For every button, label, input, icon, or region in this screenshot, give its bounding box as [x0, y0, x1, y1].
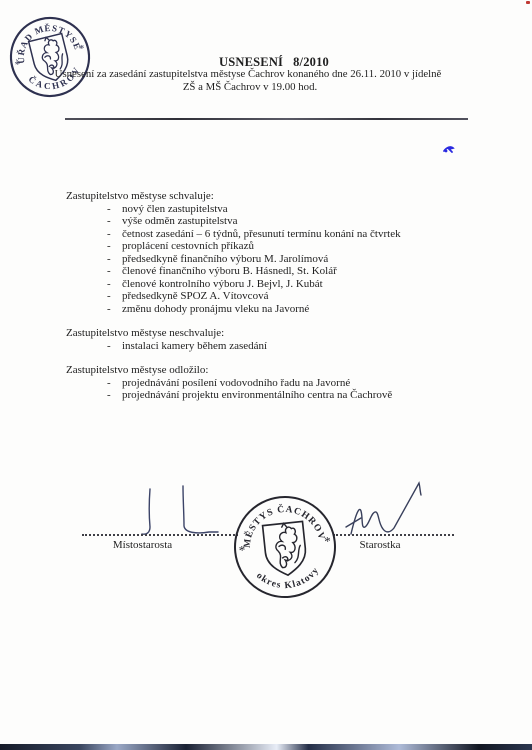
list-dash: - — [107, 389, 122, 402]
list-item-text: proplácení cestovních příkazů — [122, 240, 254, 253]
section-heading: Zastupitelstvo městyse schvaluje: — [66, 190, 506, 203]
list-item-text: projednávání posílení vodovodního řadu n… — [122, 377, 350, 390]
list-item-text: změnu dohody pronájmu vleku na Javorné — [122, 303, 309, 316]
list-item: - četnost zasedání – 6 týdnů, přesunutí … — [66, 228, 506, 241]
list-item: - projednávání posílení vodovodního řadu… — [66, 377, 506, 390]
section-postponed: Zastupitelstvo městyse odložilo: - proje… — [66, 364, 506, 402]
section-approves: Zastupitelstvo městyse schvaluje: - nový… — [66, 190, 506, 315]
list-item: - nový člen zastupitelstva — [66, 203, 506, 216]
list-item: - předsedkyně SPOZ A. Vítovcová — [66, 290, 506, 303]
list-item-text: četnost zasedání – 6 týdnů, přesunutí te… — [122, 228, 401, 241]
list-item: - předsedkyně finančního výboru M. Jarol… — [66, 253, 506, 266]
list-dash: - — [107, 377, 122, 390]
list-item: - členové finančního výboru B. Hásnedl, … — [66, 265, 506, 278]
list-dash: - — [107, 290, 122, 303]
list-item-text: instalaci kamery během zasedání — [122, 340, 267, 353]
municipal-seal-icon: MĚSTYS ČACHROV okres Klatovy * * — [230, 492, 340, 602]
list-dash: - — [107, 303, 122, 316]
seal-arc-bottom-text: okres Klatovy — [254, 565, 324, 595]
scan-edge-artifact — [0, 744, 532, 750]
list-dash: - — [107, 203, 122, 216]
list-dash: - — [107, 215, 122, 228]
scan-speck-artifact — [526, 1, 530, 4]
section-disapproves: Zastupitelstvo městyse neschvaluje: - in… — [66, 327, 506, 352]
list-dash: - — [107, 240, 122, 253]
section-heading: Zastupitelstvo městyse neschvaluje: — [66, 327, 506, 340]
list-item: - projednávání projektu environmentálníh… — [66, 389, 506, 402]
vice-mayor-label: Místostarosta — [85, 539, 200, 551]
seal-star-right: * — [324, 533, 332, 549]
document-subtitle-line1: Usnesení za zasedání zastupitelstva měst… — [0, 68, 496, 80]
vice-mayor-signature-line — [82, 534, 238, 536]
list-item-text: projednávání projektu environmentálního … — [122, 389, 392, 402]
list-item-text: členové finančního výboru B. Hásnedl, St… — [122, 265, 337, 278]
list-dash: - — [107, 265, 122, 278]
scanned-document-page: ÚŘAD MĚSTYSE ČACHROV * * USNESENÍ 8/2010… — [0, 0, 532, 750]
header-divider-line — [65, 118, 468, 120]
list-item: - instalaci kamery během zasedání — [66, 340, 506, 353]
blue-pen-mark-icon — [440, 140, 460, 160]
svg-text:okres Klatovy: okres Klatovy — [254, 565, 324, 595]
list-item: - proplácení cestovních příkazů — [66, 240, 506, 253]
document-subtitle-line2: ZŠ a MŠ Čachrov v 19.00 hod. — [0, 81, 500, 93]
list-dash: - — [107, 340, 122, 353]
stamp-star-right: * — [78, 43, 86, 56]
list-item-text: nový člen zastupitelstva — [122, 203, 228, 216]
list-item: - členové kontrolního výboru J. Bejvl, J… — [66, 278, 506, 291]
mayor-signature-line — [333, 534, 454, 536]
lion-shield-emblem — [263, 521, 308, 577]
list-item: - výše odměn zastupitelstva — [66, 215, 506, 228]
list-item-text: členové kontrolního výboru J. Bejvl, J. … — [122, 278, 323, 291]
list-item-text: výše odměn zastupitelstva — [122, 215, 237, 228]
section-heading: Zastupitelstvo městyse odložilo: — [66, 364, 506, 377]
list-dash: - — [107, 228, 122, 241]
vice-mayor-signature — [142, 486, 218, 534]
resolution-body: Zastupitelstvo městyse schvaluje: - nový… — [66, 190, 506, 402]
list-dash: - — [107, 278, 122, 291]
mayor-signature — [346, 483, 421, 534]
mayor-label: Starostka — [345, 539, 415, 551]
list-item-text: předsedkyně SPOZ A. Vítovcová — [122, 290, 268, 303]
list-item: - změnu dohody pronájmu vleku na Javorné — [66, 303, 506, 316]
list-item-text: předsedkyně finančního výboru M. Jarolím… — [122, 253, 328, 266]
list-dash: - — [107, 253, 122, 266]
